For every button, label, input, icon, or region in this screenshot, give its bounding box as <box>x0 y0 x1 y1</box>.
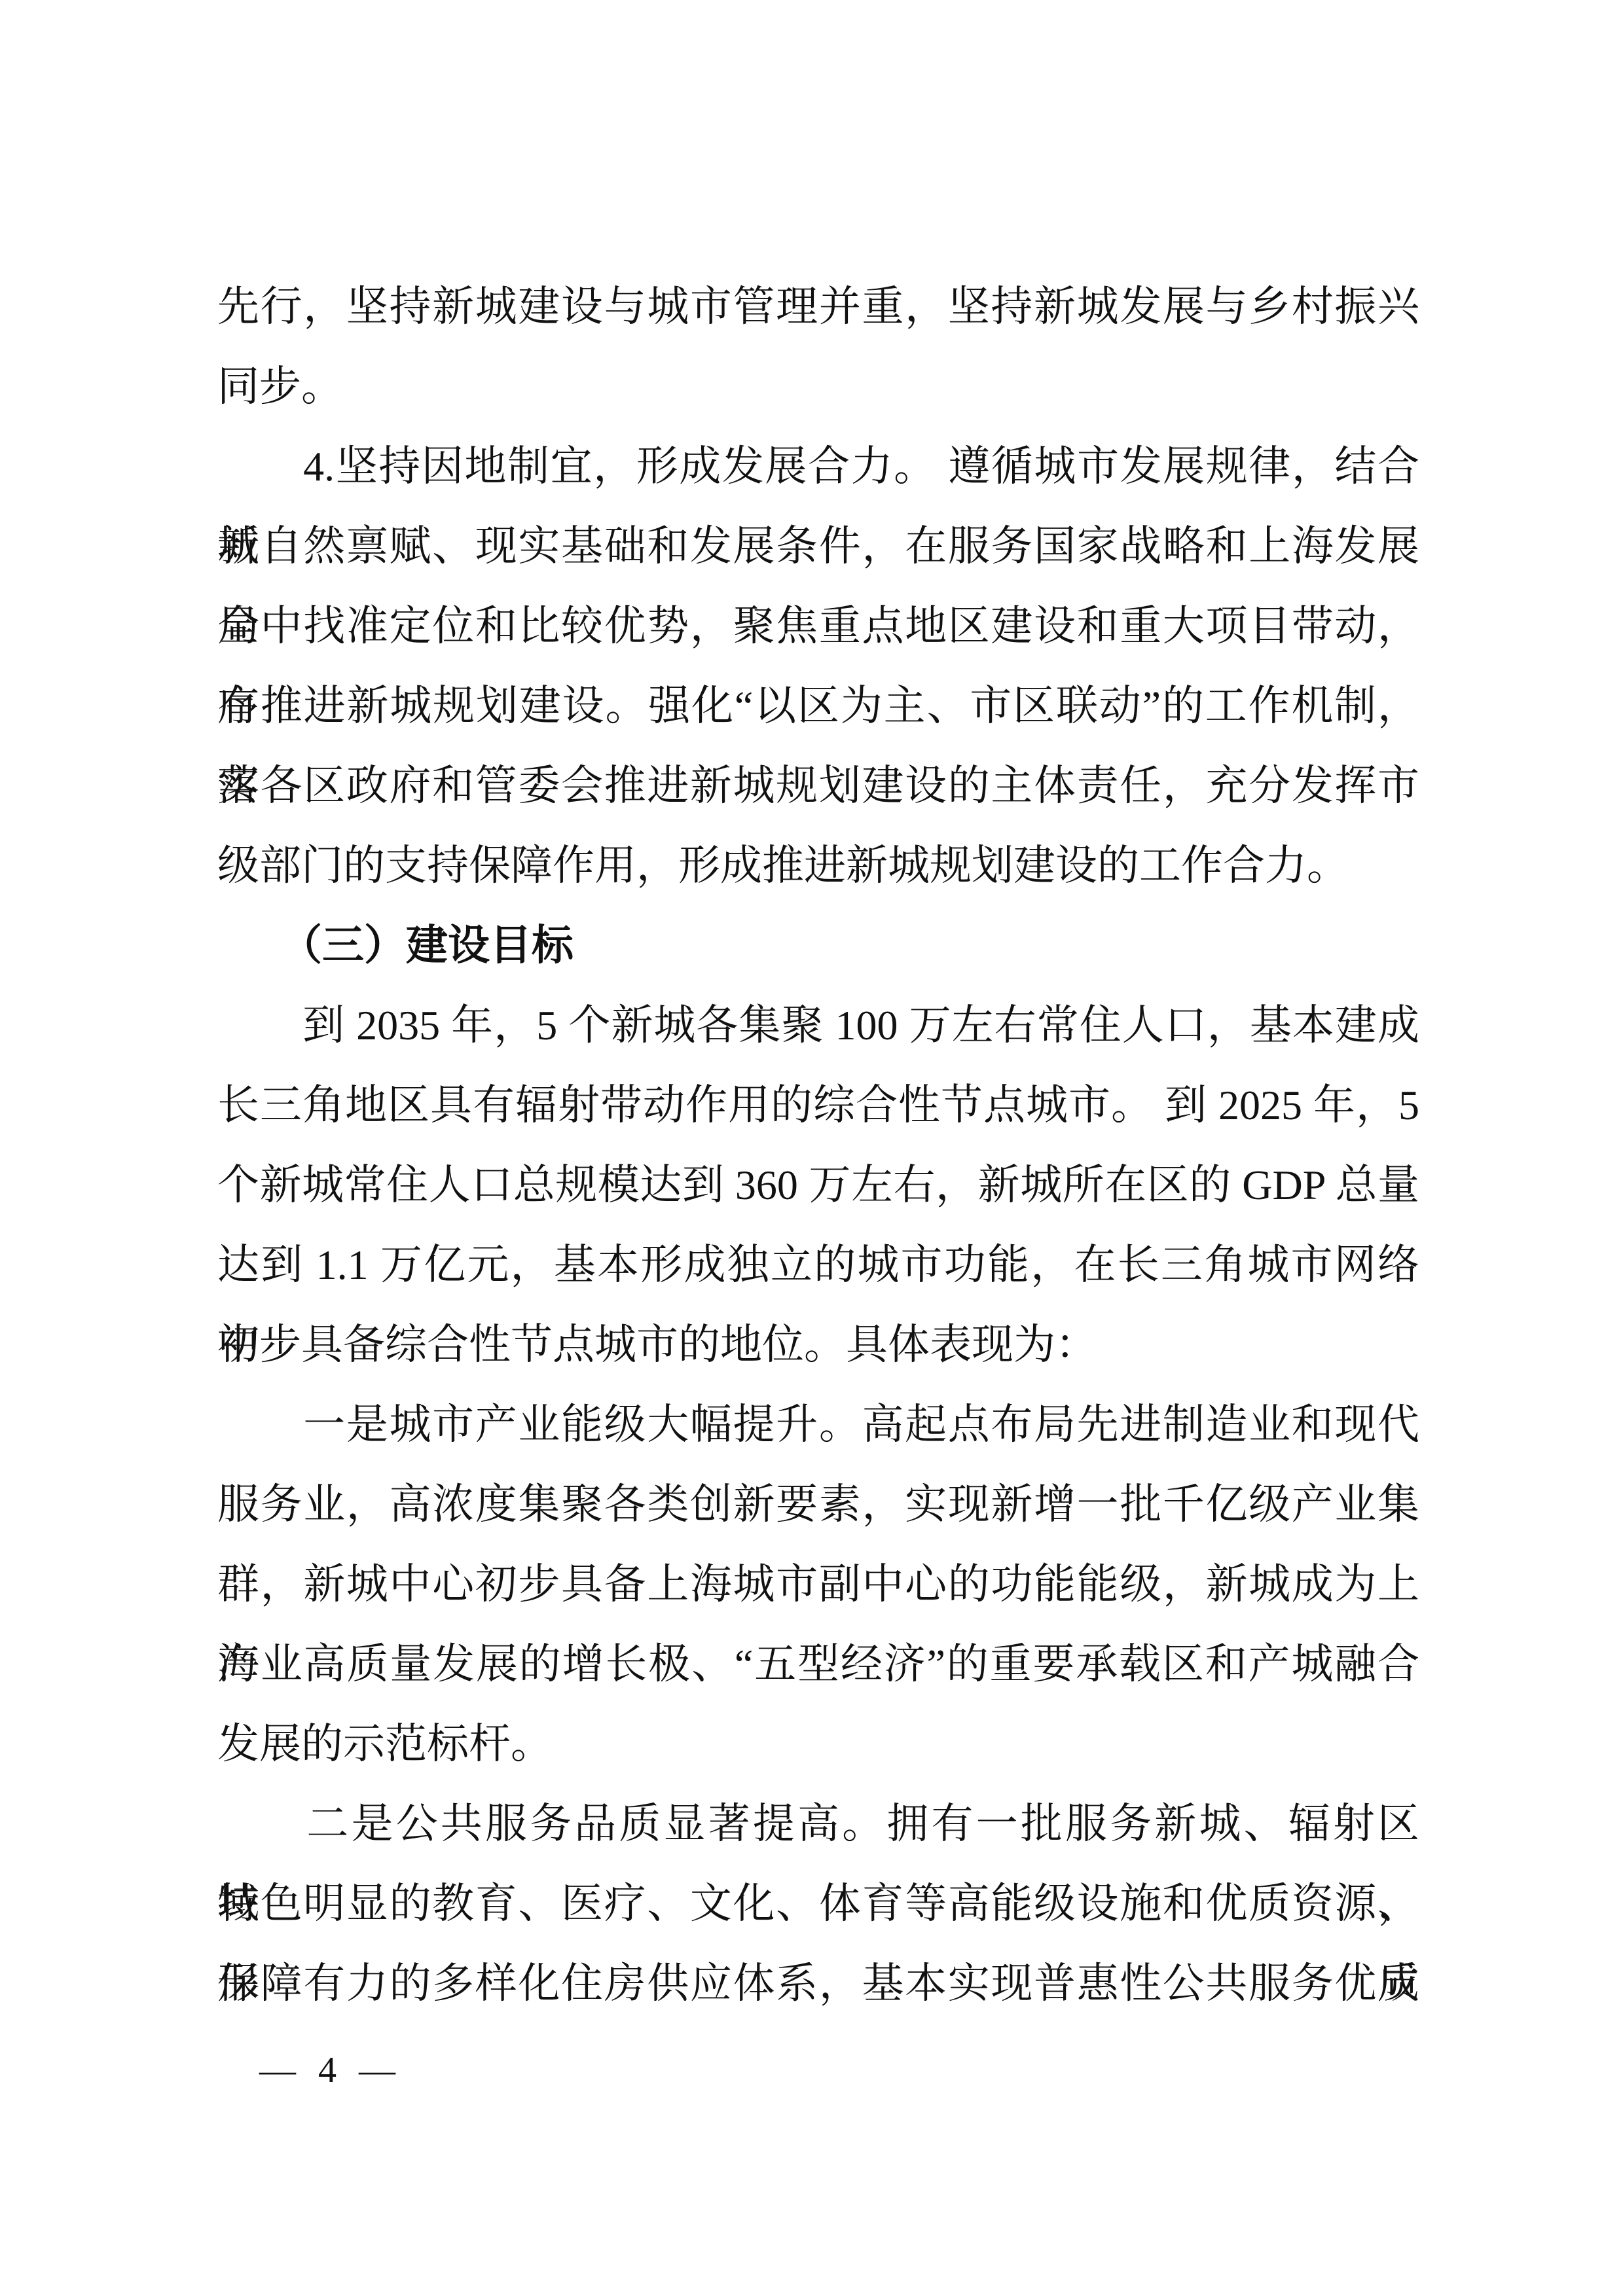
text-line: 先行，坚持新城建设与城市管理并重，坚持新城发展与乡村振兴 <box>217 267 1419 347</box>
text-line: 城自然禀赋、现实基础和发展条件，在服务国家战略和上海发展全 <box>217 507 1419 586</box>
text-line: 达到 1.1 万亿元，基本形成独立的城市功能，在长三角城市网络中 <box>217 1225 1419 1305</box>
text-line: 同步。 <box>217 347 1419 427</box>
document-page: 先行，坚持新城建设与城市管理并重，坚持新城发展与乡村振兴 同步。 4.坚持因地制… <box>0 0 1623 2296</box>
page-number: — 4 — <box>259 2041 402 2100</box>
text-line: 产业高质量发展的增长极、“五型经济”的重要承载区和产城融合 <box>217 1624 1419 1704</box>
text-line: 发展的示范标杆。 <box>217 1704 1419 1784</box>
text-line: 初步具备综合性节点城市的地位。具体表现为： <box>217 1305 1419 1385</box>
text-line: 局中找准定位和比较优势，聚焦重点地区建设和重大项目带动，有 <box>217 586 1419 666</box>
text-line: 4.坚持因地制宜，形成发展合力。 遵循城市发展规律，结合新 <box>217 427 1419 507</box>
text-line: 级部门的支持保障作用，形成推进新城规划建设的工作合力。 <box>217 826 1419 906</box>
text-line: 特色明显的教育、医疗、文化、体育等高能级设施和优质资源，形成 <box>217 1864 1419 1944</box>
text-line: 二是公共服务品质显著提高。拥有一批服务新城、辐射区域、 <box>217 1784 1419 1864</box>
text-line: 一是城市产业能级大幅提升。高起点布局先进制造业和现代 <box>217 1385 1419 1465</box>
text-line: 序推进新城规划建设。强化“以区为主、市区联动”的工作机制，落 <box>217 666 1419 746</box>
text-line: 保障有力的多样化住房供应体系，基本实现普惠性公共服务优质 <box>217 1944 1419 2024</box>
text-line: 长三角地区具有辐射带动作用的综合性节点城市。 到 2025 年，5 <box>217 1066 1419 1145</box>
text-line: 服务业，高浓度集聚各类创新要素，实现新增一批千亿级产业集 <box>217 1465 1419 1545</box>
text-line: 到 2035 年，5 个新城各集聚 100 万左右常住人口，基本建成 <box>217 986 1419 1066</box>
section-heading: （三）建设目标 <box>217 906 1419 986</box>
text-line: 实各区政府和管委会推进新城规划建设的主体责任，充分发挥市 <box>217 746 1419 826</box>
text-line: 群，新城中心初步具备上海城市副中心的功能能级，新城成为上海 <box>217 1545 1419 1624</box>
text-line: 个新城常住人口总规模达到 360 万左右，新城所在区的 GDP 总量 <box>217 1145 1419 1225</box>
document-text-block: 先行，坚持新城建设与城市管理并重，坚持新城发展与乡村振兴 同步。 4.坚持因地制… <box>217 267 1419 2024</box>
